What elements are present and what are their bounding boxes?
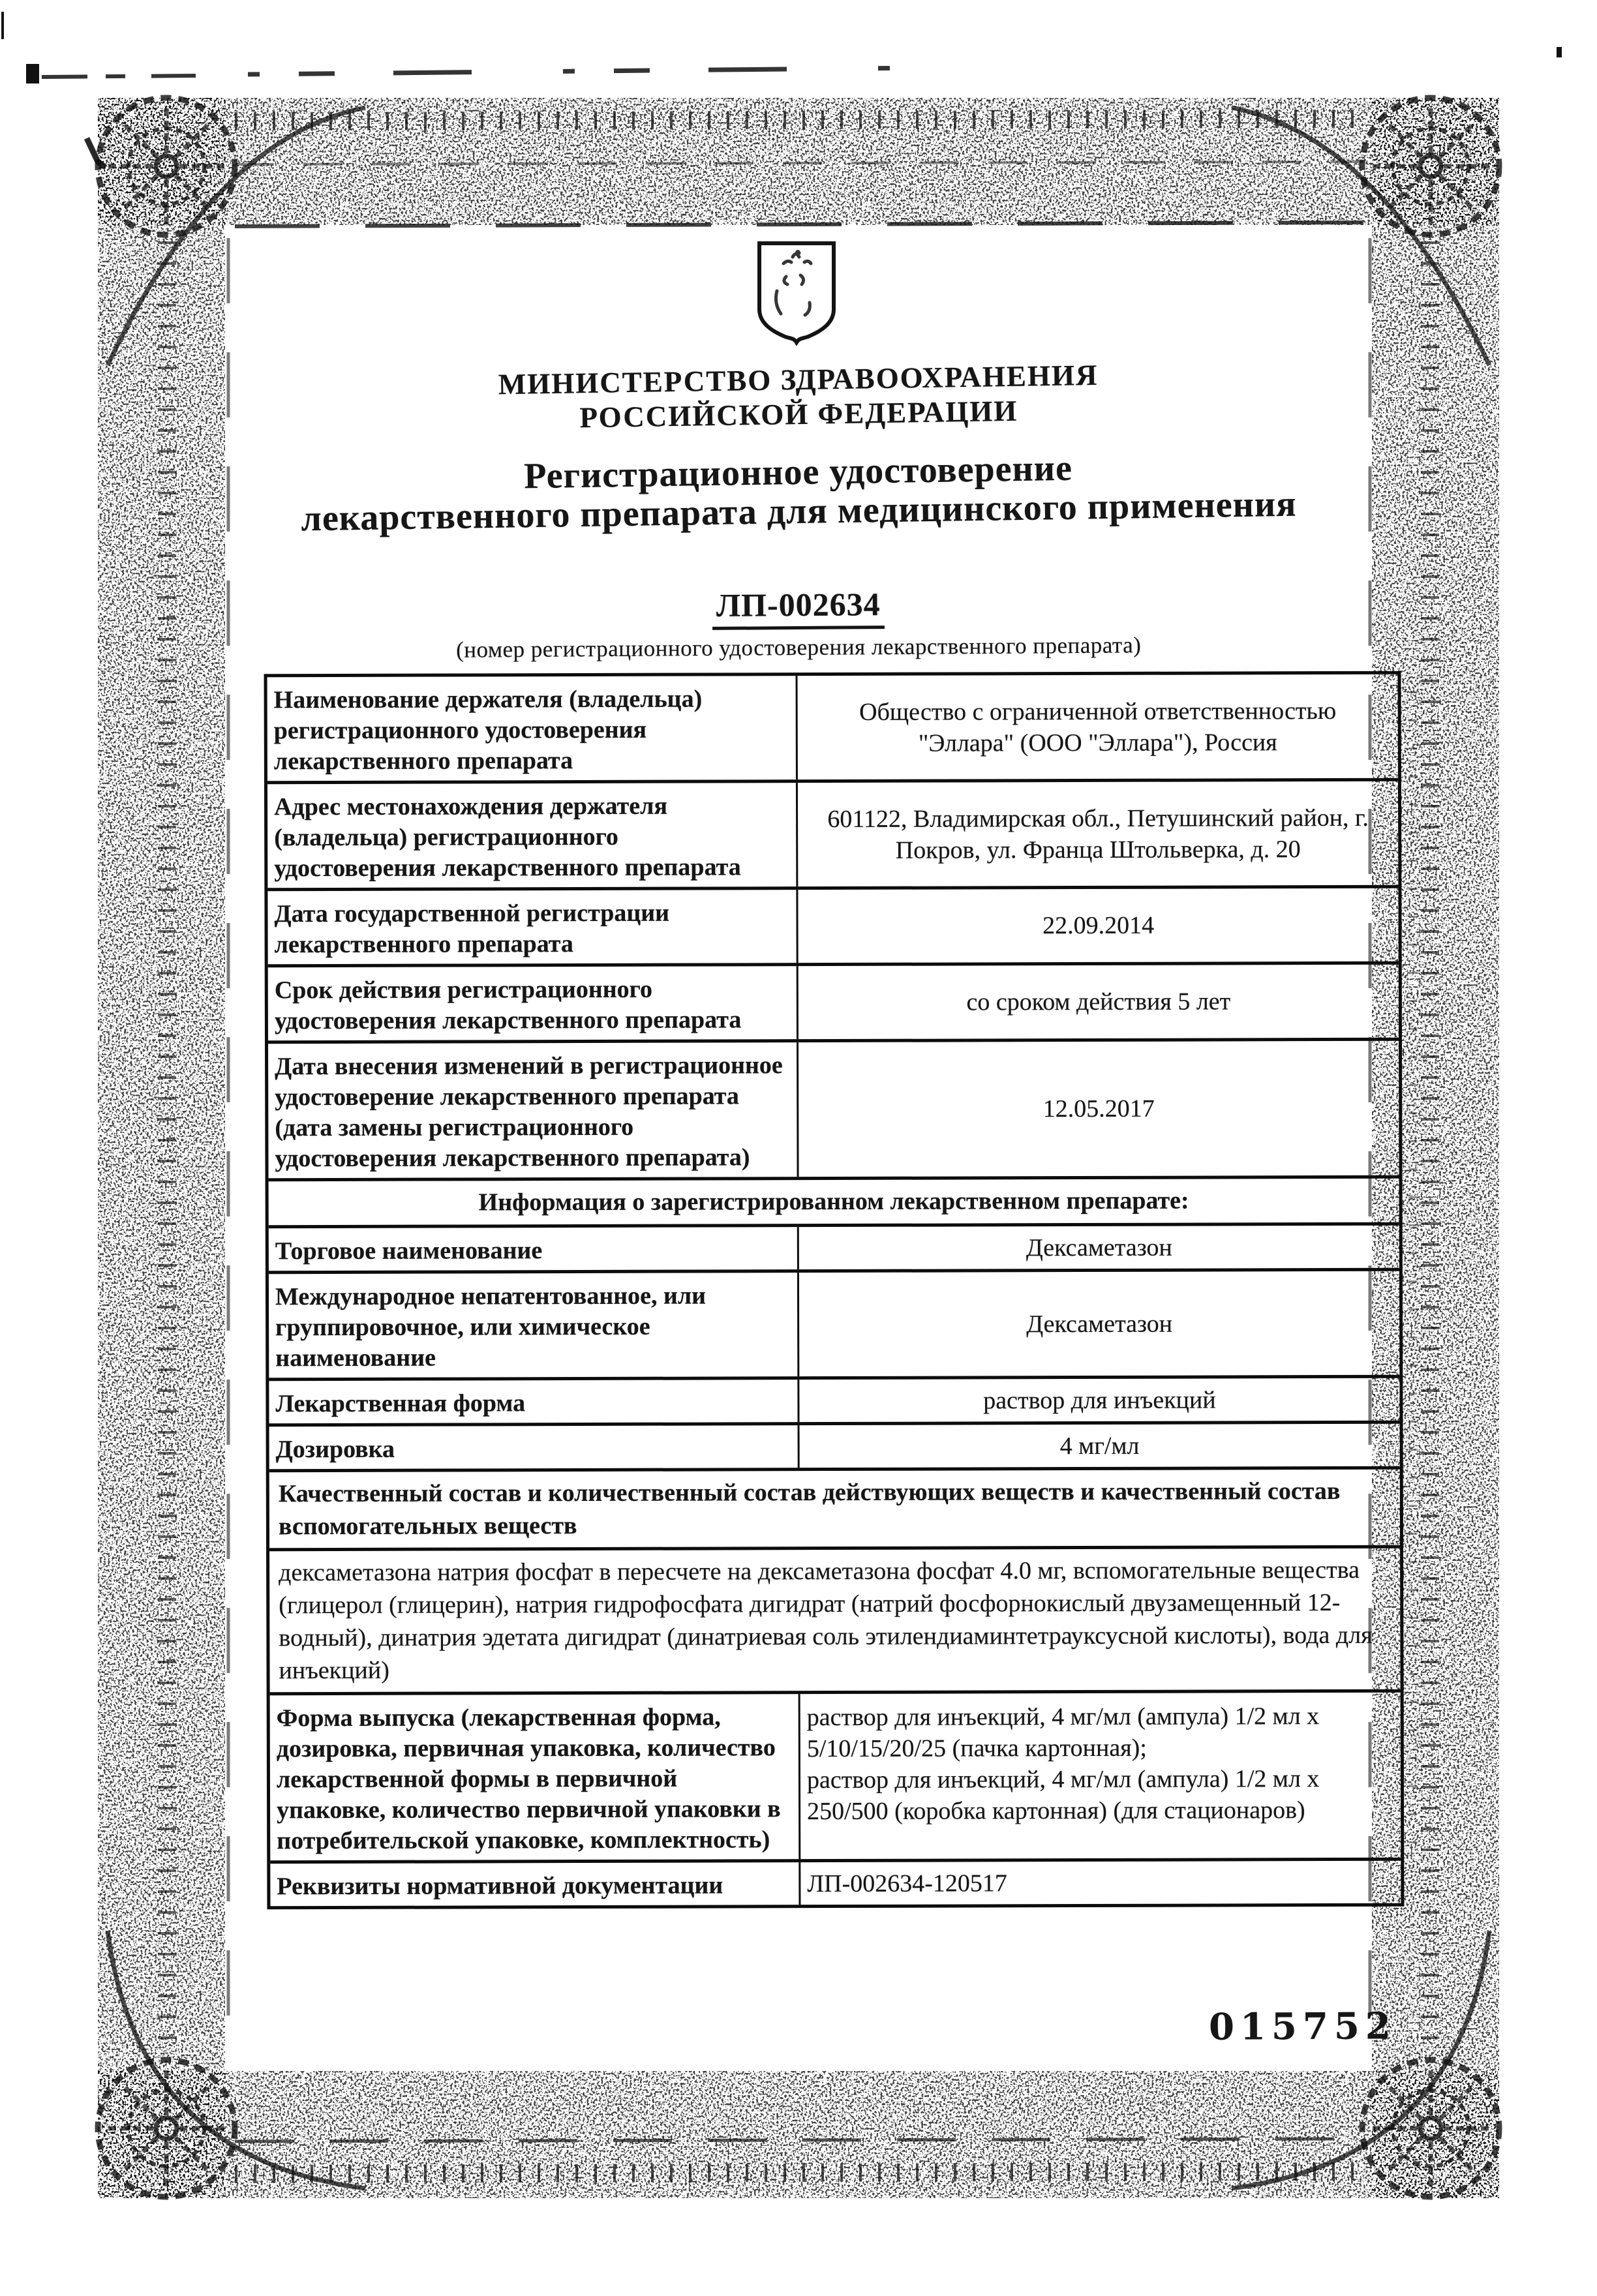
table-row: Качественный состав и количественный сос… [269,1466,1400,1548]
table-row: Форма выпуска (лекарственная форма, дози… [270,1689,1401,1861]
table-row: Наименование держателя (владельца) регис… [267,674,1398,781]
release-form-line1: раствор для инъекций, 4 мг/мл (ампула) 1… [807,1700,1384,1764]
table-row: Адрес местонахождения держателя (владель… [267,778,1398,888]
info-section-header: Информация о зарегистрированном лекарств… [269,1179,1399,1226]
holder-name-value: Общество с ограниченной ответственностью… [798,674,1398,779]
dosage-form-label: Лекарственная форма [269,1380,799,1423]
registration-number: ЛП-002634 [712,585,885,630]
holder-name-label: Наименование держателя (владельца) регис… [267,676,798,781]
normative-doc-value: ЛП-002634-120517 [800,1861,1401,1905]
inn-name-label: Международное непатентованное, или групп… [269,1273,799,1378]
release-form-label: Форма выпуска (лекарственная форма, дози… [270,1694,801,1860]
coat-of-arms-icon [755,240,838,346]
inn-name-value: Дексаметазон [799,1271,1399,1376]
release-form-line2: раствор для инъекций, 4 мг/мл (ампула) 1… [807,1763,1384,1827]
trade-name-label: Торговое наименование [269,1227,799,1271]
validity-period-label: Срок действия регистрационного удостовер… [268,966,798,1040]
table-row: Торговое наименование Дексаметазон [269,1222,1399,1271]
table-row: Международное непатентованное, или групп… [269,1268,1399,1378]
composition-text: дексаметазона натрия фосфат в пересчете … [269,1548,1401,1693]
table-row: дексаметазона натрия фосфат в пересчете … [269,1545,1401,1693]
table-row: Срок действия регистрационного удостовер… [268,961,1399,1041]
amendment-date-label: Дата внесения изменений в регистрационно… [268,1042,799,1178]
table-row: Реквизиты нормативной документации ЛП-00… [270,1858,1401,1907]
form-serial-number: 015752 [1209,2004,1397,2049]
validity-period-value: со сроком действия 5 лет [798,965,1399,1039]
dosage-strength-label: Дозировка [269,1425,800,1469]
registration-number-block: ЛП-002634 (номер регистрационного удосто… [0,580,1597,666]
normative-doc-label: Реквизиты нормативной документации [270,1862,800,1906]
table-row: Информация о зарегистрированном лекарств… [269,1175,1399,1226]
table-row: Дата государственной регистрации лекарст… [267,885,1398,965]
holder-address-value: 601122, Владимирская обл., Петушинский р… [798,781,1398,886]
table-row: Лекарственная форма раствор для инъекций [269,1375,1399,1424]
table-row: Дата внесения изменений в регистрационно… [268,1038,1399,1179]
amendment-date-value: 12.05.2017 [798,1041,1399,1177]
composition-header: Качественный состав и количественный сос… [269,1470,1400,1548]
release-form-value: раствор для инъекций, 4 мг/мл (ампула) 1… [800,1693,1401,1859]
certificate-page: МИНИСТЕРСТВО ЗДРАВООХРАНЕНИЯ РОССИЙСКОЙ … [0,0,1597,2296]
dosage-strength-value: 4 мг/мл [800,1424,1400,1468]
registration-date-value: 22.09.2014 [798,888,1398,963]
registration-table: Наименование держателя (владельца) регис… [264,671,1405,1910]
holder-address-label: Адрес местонахождения держателя (владель… [267,783,798,888]
table-row: Дозировка 4 мг/мл [269,1421,1400,1470]
trade-name-value: Дексаметазон [799,1226,1399,1269]
dosage-form-value: раствор для инъекций [799,1378,1399,1422]
registration-date-label: Дата государственной регистрации лекарст… [267,890,798,964]
